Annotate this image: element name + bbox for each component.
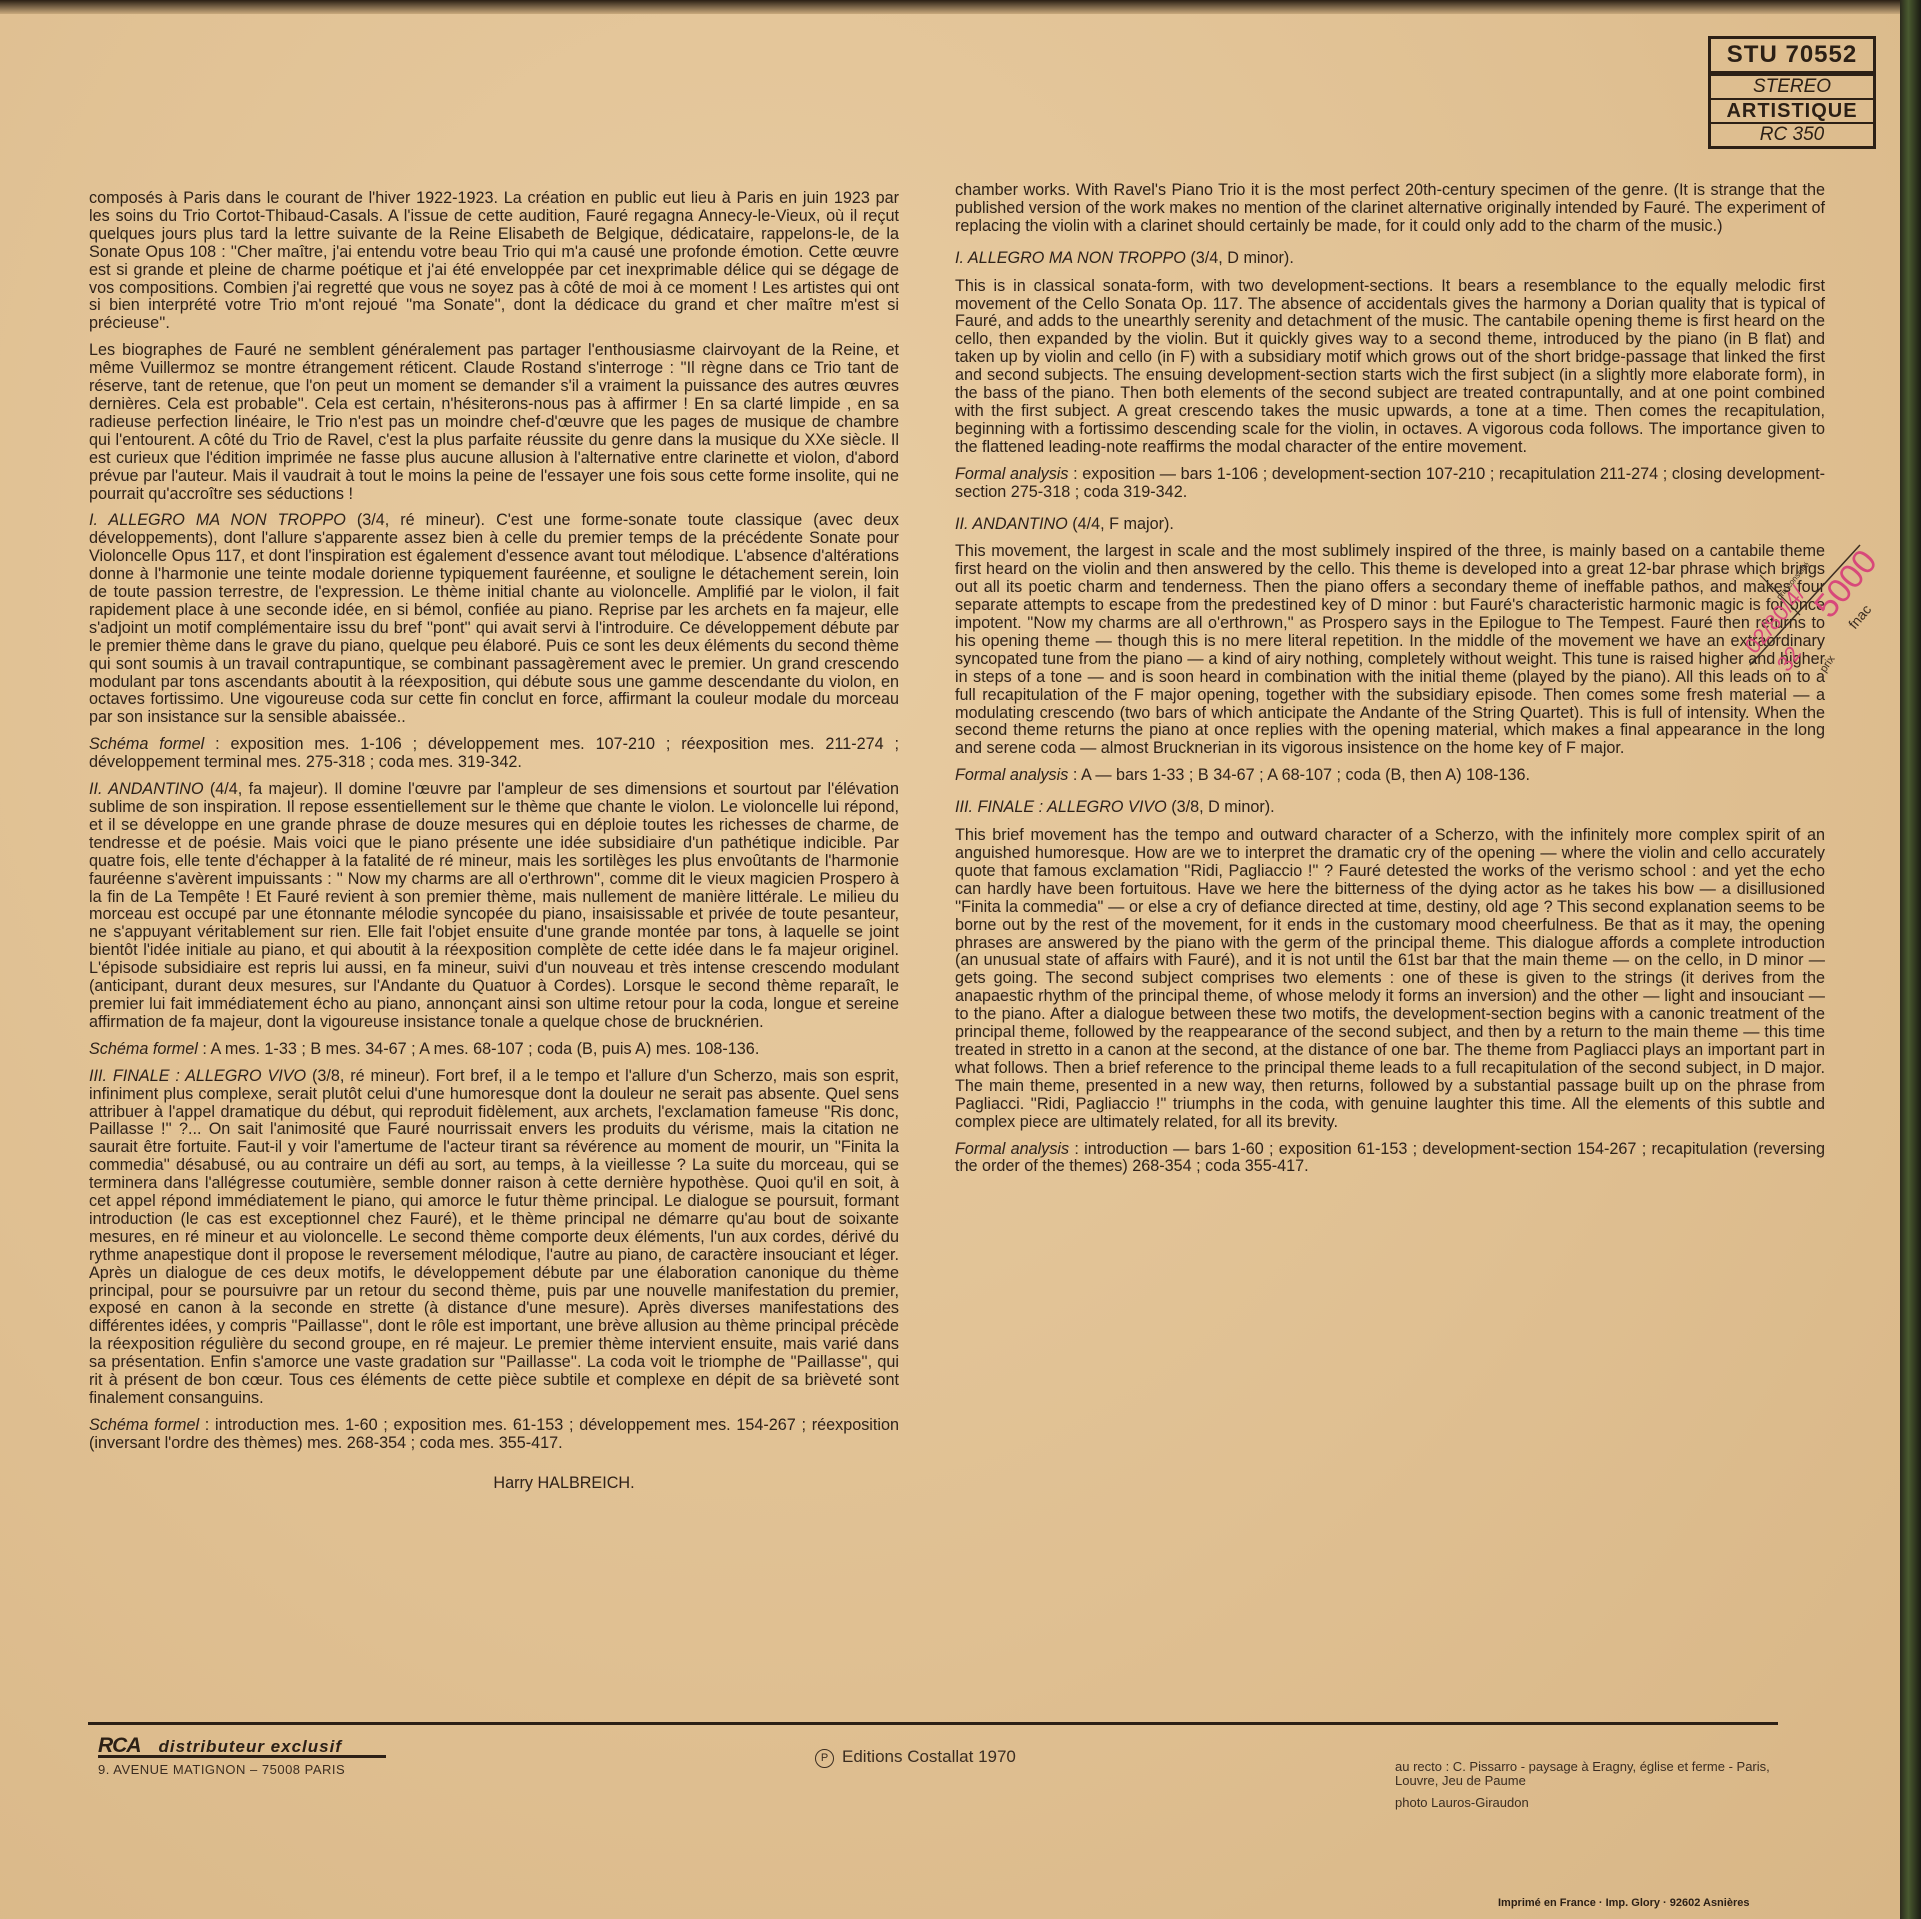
footer-divider	[88, 1722, 1778, 1725]
french-movement-2: II. ANDANTINO (4/4, fa majeur). Il domin…	[89, 781, 899, 1032]
movement-title: I. ALLEGRO MA NON TROPPO	[89, 511, 346, 529]
english-intro: chamber works. With Ravel's Piano Trio i…	[955, 182, 1825, 236]
analysis-label: Formal analysis	[955, 465, 1068, 483]
schema-label: Schéma formel	[89, 1416, 199, 1434]
french-schema-1: Schéma formel : exposition mes. 1-106 ; …	[89, 736, 899, 772]
movement-meta: (3/8, ré mineur).	[312, 1067, 430, 1085]
distributor-label: distributeur exclusif	[159, 1737, 342, 1756]
english-notes-column: chamber works. With Ravel's Piano Trio i…	[955, 182, 1825, 1185]
stamp-date: 02/80/4/	[1740, 581, 1811, 659]
analysis-label: Formal analysis	[955, 766, 1068, 784]
publisher-line: PEditions Costallat 1970	[815, 1747, 1016, 1768]
movement-body: Il domine l'œuvre par l'ampleur de ses d…	[89, 780, 899, 1031]
schema-text: : exposition mes. 1-106 ; développement …	[89, 735, 899, 771]
movement-meta: (3/8, D minor).	[1171, 798, 1274, 816]
sleeve-right-edge	[1900, 0, 1921, 1919]
movement-title: II. ANDANTINO	[89, 780, 204, 798]
analysis-label: Formal analysis	[955, 1140, 1069, 1158]
schema-label: Schéma formel	[89, 1040, 198, 1058]
movement-meta: (3/4, D minor).	[1190, 249, 1293, 267]
schema-text: : A mes. 1-33 ; B mes. 34-67 ; A mes. 68…	[198, 1040, 759, 1058]
photo-credit: photo Lauros-Giraudon	[1395, 1796, 1795, 1810]
english-movement-1-body: This is in classical sonata-form, with t…	[955, 278, 1825, 457]
schema-label: Schéma formel	[89, 735, 204, 753]
movement-meta: (4/4, F major).	[1072, 515, 1174, 533]
schema-text: : introduction mes. 1-60 ; exposition me…	[89, 1416, 899, 1452]
analysis-text: : A — bars 1-33 ; B 34-67 ; A 68-107 ; c…	[1068, 766, 1530, 784]
sleeve-top-edge	[0, 0, 1900, 14]
catalog-number-box: STU 70552 STEREO ARTISTIQUE RC 350	[1708, 36, 1876, 149]
movement-body: C'est une forme-sonate toute classique (…	[89, 511, 899, 726]
analysis-text: : exposition — bars 1-106 ; development-…	[955, 465, 1825, 501]
french-intro-paragraph-2: Les biographes de Fauré ne semblent géné…	[89, 342, 899, 503]
english-movement-1-heading: I. ALLEGRO MA NON TROPPO (3/4, D minor).	[955, 250, 1825, 268]
stamp-code: 32	[1772, 641, 1807, 675]
french-movement-1: I. ALLEGRO MA NON TROPPO (3/4, ré mineur…	[89, 512, 899, 727]
printer-credit: Imprimé en France · Imp. Glory · 92602 A…	[1498, 1897, 1749, 1909]
rca-number: RC 350	[1711, 122, 1873, 146]
rca-logo: RCA	[98, 1734, 141, 1757]
distributor-address: 9. AVENUE MATIGNON – 75008 PARIS	[98, 1762, 345, 1777]
movement-meta: (3/4, ré mineur).	[357, 511, 485, 529]
catalog-number: STU 70552	[1708, 36, 1876, 74]
price-stamp: prix conseillé 02/80/4/ 5000 fnac 32 pri…	[1740, 505, 1920, 675]
movement-meta: (4/4, fa majeur).	[210, 780, 328, 798]
french-schema-3: Schéma formel : introduction mes. 1-60 ;…	[89, 1417, 899, 1453]
publisher-name: Editions Costallat 1970	[842, 1747, 1016, 1766]
author-signature: Harry HALBREICH.	[89, 1475, 899, 1493]
distributor-underline	[98, 1755, 386, 1758]
cover-art-credit: au recto : C. Pissarro - paysage à Eragn…	[1395, 1760, 1795, 1788]
english-movement-2-body: This movement, the largest in scale and …	[955, 543, 1825, 758]
cover-credits: au recto : C. Pissarro - paysage à Eragn…	[1395, 1760, 1795, 1818]
english-analysis-2: Formal analysis : A — bars 1-33 ; B 34-6…	[955, 767, 1825, 785]
series-label: ARTISTIQUE	[1711, 98, 1873, 122]
movement-title: III. FINALE : ALLEGRO VIVO	[89, 1067, 306, 1085]
movement-title: III. FINALE : ALLEGRO VIVO	[955, 798, 1167, 816]
movement-title: II. ANDANTINO	[955, 515, 1068, 533]
phonogram-copyright-icon: P	[815, 1749, 834, 1768]
record-sleeve-back: STU 70552 STEREO ARTISTIQUE RC 350 compo…	[0, 0, 1900, 1919]
english-movement-3-heading: III. FINALE : ALLEGRO VIVO (3/8, D minor…	[955, 799, 1825, 817]
french-intro-paragraph-1: composés à Paris dans le courant de l'hi…	[89, 190, 899, 333]
movement-title: I. ALLEGRO MA NON TROPPO	[955, 249, 1186, 267]
english-movement-2-heading: II. ANDANTINO (4/4, F major).	[955, 516, 1825, 534]
french-movement-3: III. FINALE : ALLEGRO VIVO (3/8, ré mine…	[89, 1068, 899, 1408]
stamp-prix: prix	[1818, 653, 1838, 675]
analysis-text: : introduction — bars 1-60 ; exposition …	[955, 1140, 1825, 1176]
french-schema-2: Schéma formel : A mes. 1-33 ; B mes. 34-…	[89, 1041, 899, 1059]
movement-body: Fort bref, il a le tempo et l'allure d'u…	[89, 1067, 899, 1407]
english-analysis-3: Formal analysis : introduction — bars 1-…	[955, 1141, 1825, 1177]
english-analysis-1: Formal analysis : exposition — bars 1-10…	[955, 466, 1825, 502]
french-notes-column: composés à Paris dans le courant de l'hi…	[89, 190, 899, 1502]
english-movement-3-body: This brief movement has the tempo and ou…	[955, 827, 1825, 1131]
stereo-label: STEREO	[1711, 74, 1873, 98]
